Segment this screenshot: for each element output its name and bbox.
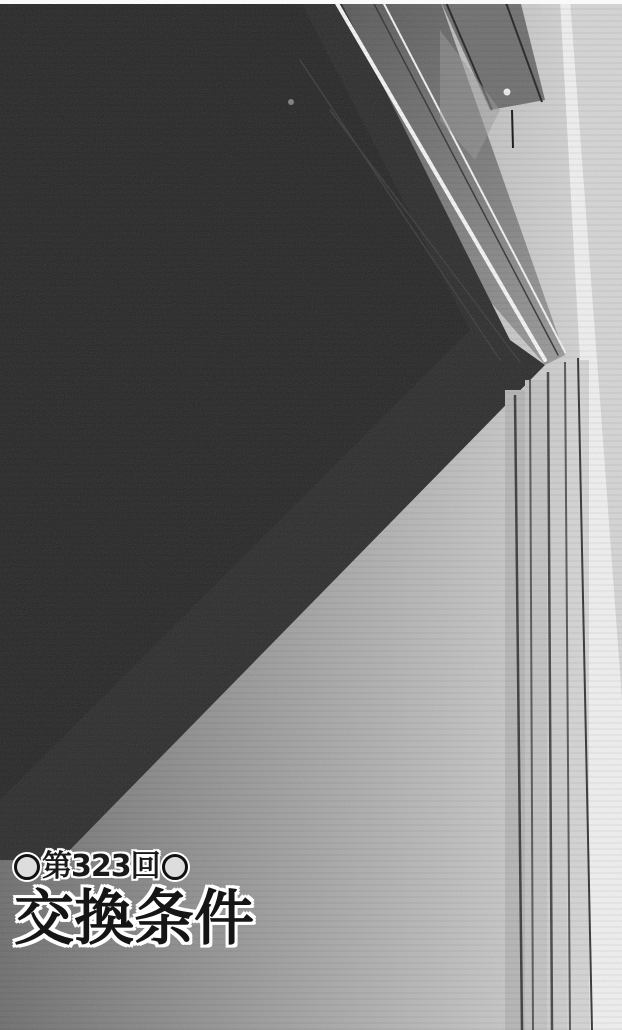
page-top-edge (0, 0, 622, 4)
manga-page: 第323回 交換条件 (0, 0, 622, 1030)
circle-ornament-right-icon (162, 854, 188, 880)
chapter-title-block: 第323回 交換条件 (14, 850, 254, 954)
chapter-title: 交換条件 (14, 884, 254, 954)
chapter-number: 第323回 (14, 850, 254, 884)
circle-ornament-left-icon (14, 854, 40, 880)
chapter-number-text: 第323回 (42, 850, 160, 884)
